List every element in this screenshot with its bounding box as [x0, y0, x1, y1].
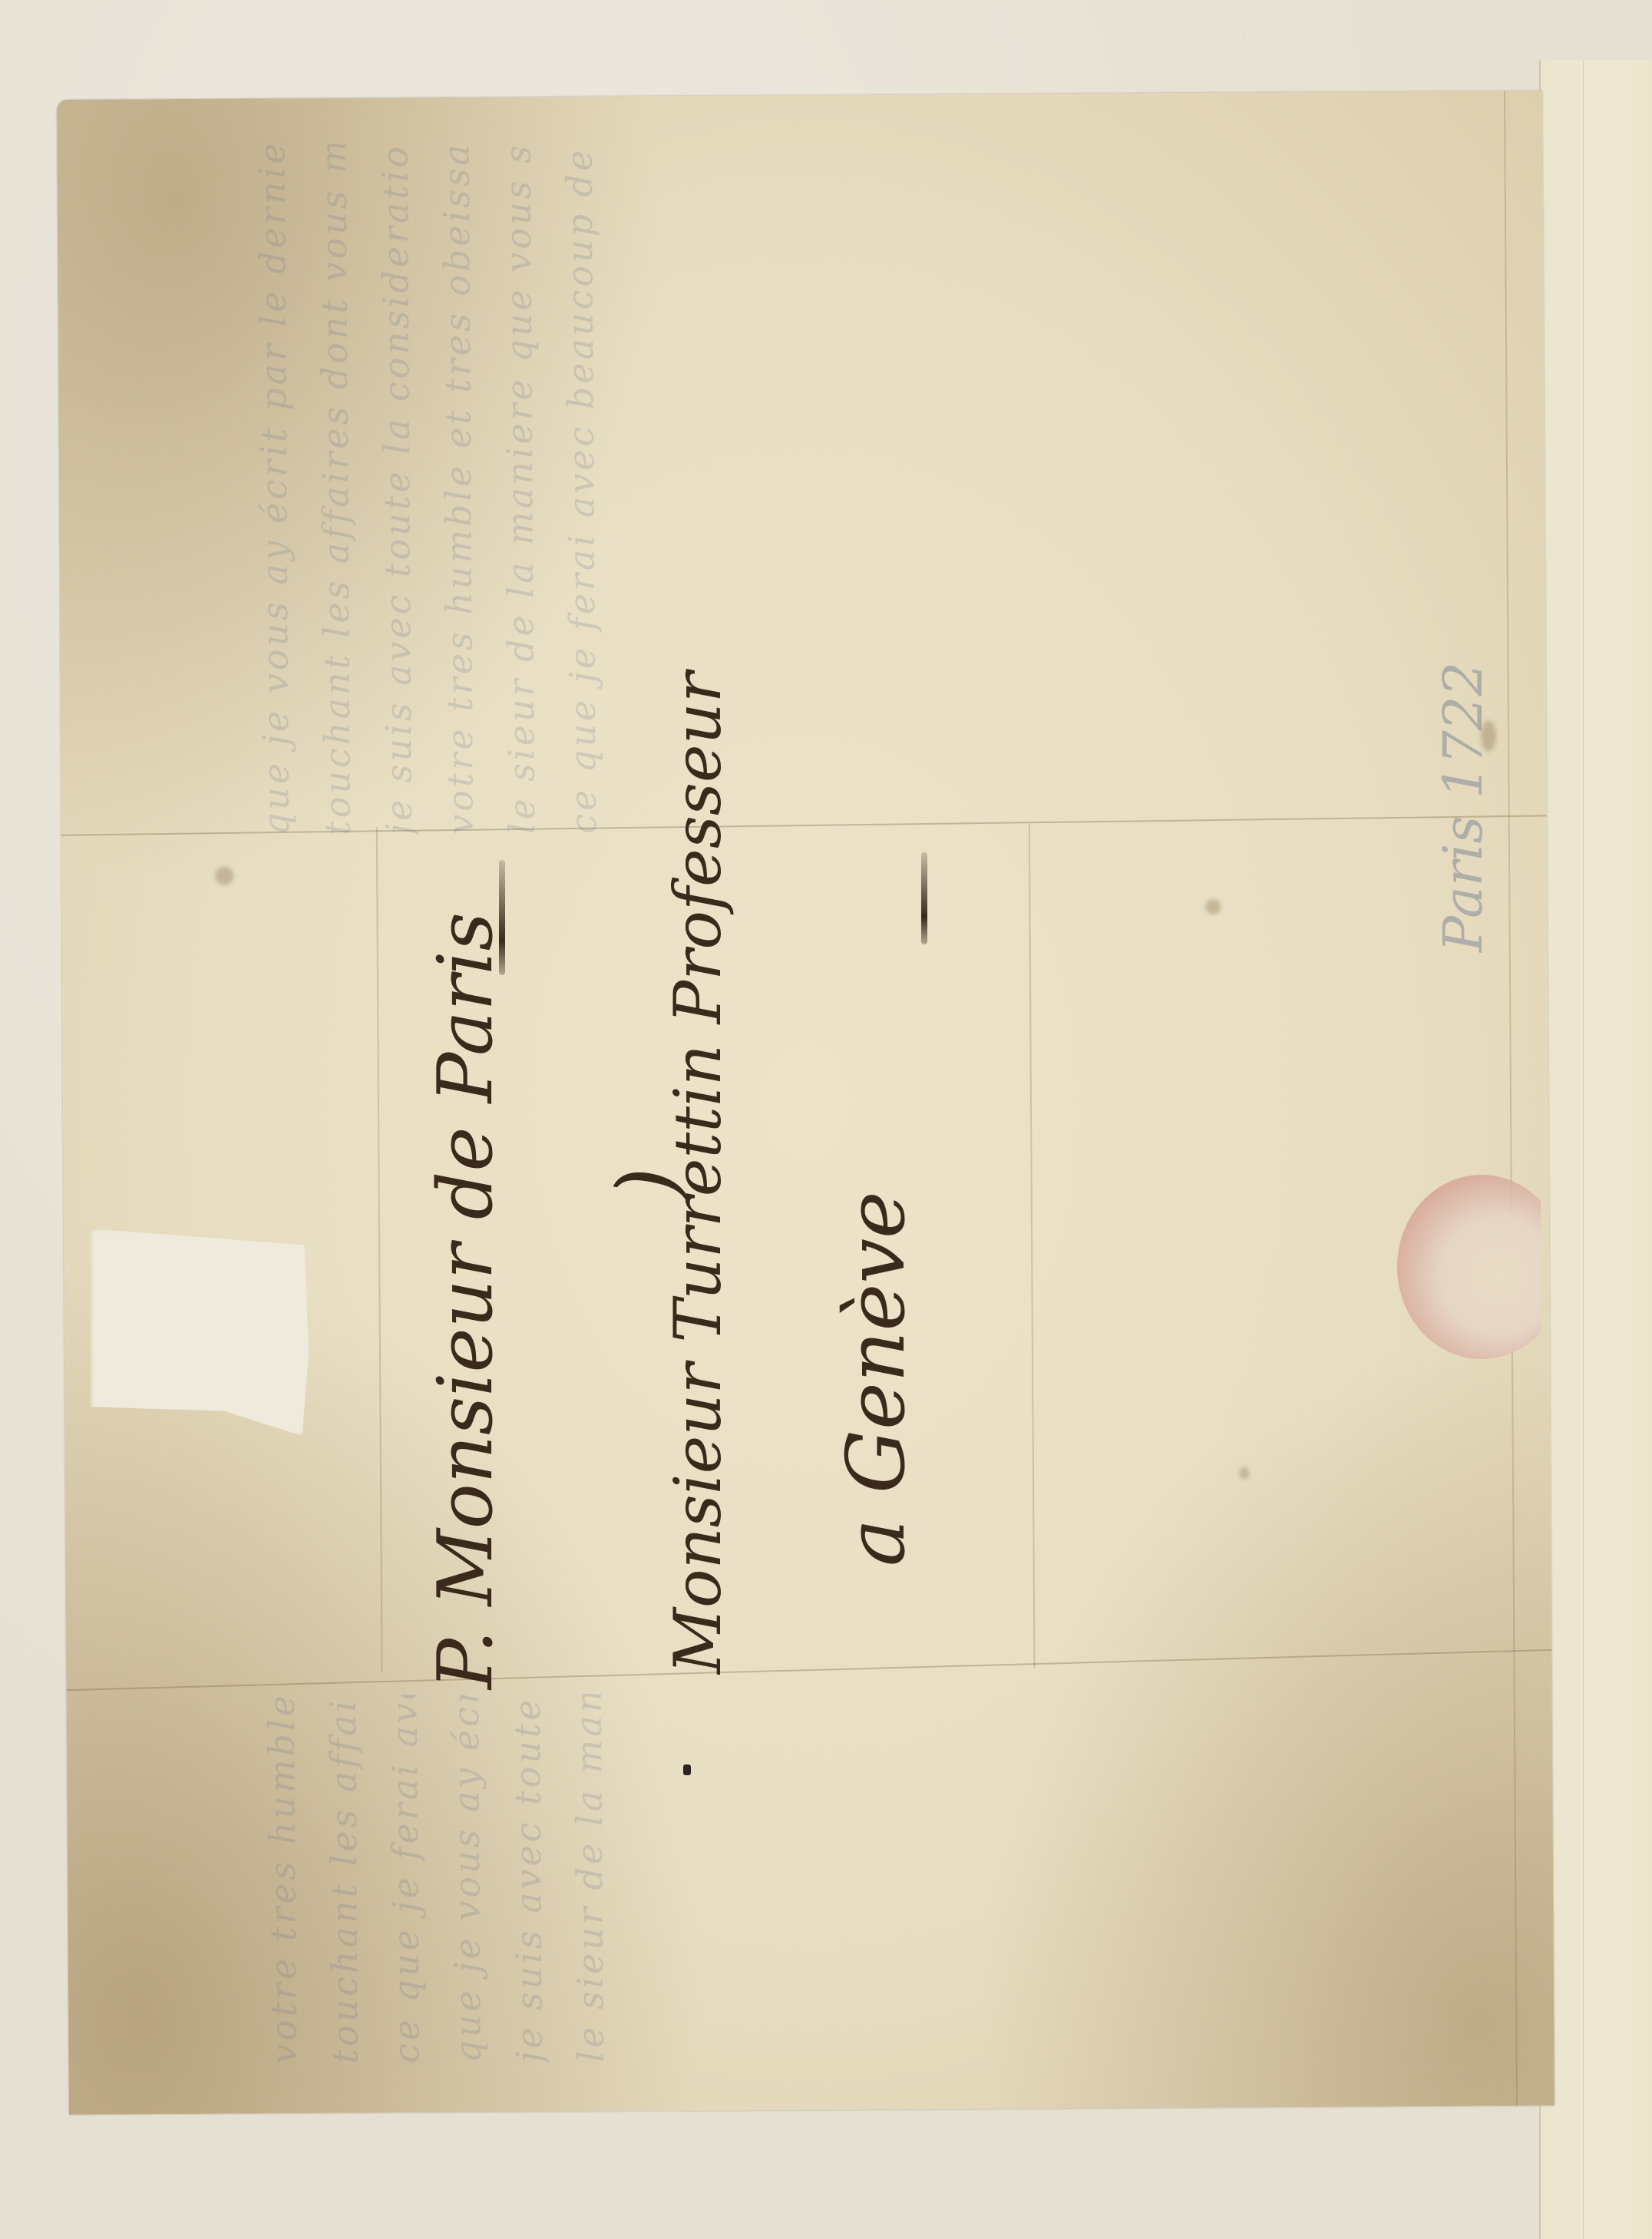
stain-spot	[215, 867, 233, 885]
binding-guard-strip	[1539, 60, 1652, 2239]
stain-spot	[1240, 1467, 1249, 1480]
address-line-3: a Genève	[829, 1029, 923, 1566]
paper-repair-patch	[91, 1229, 313, 1436]
brace-mark: )	[599, 1167, 697, 1200]
stain-spot	[1205, 899, 1221, 914]
ink-flourish-line-3	[921, 852, 927, 944]
bleed-through-text-lower: votre tres humble et tres obeissant serv…	[251, 1688, 1443, 2064]
ink-dot	[683, 1764, 691, 1775]
address-block: P. Monsieur de Paris Monsieur Turrettin …	[368, 845, 1059, 1689]
fold-line-far-right	[1504, 91, 1518, 2105]
address-line-2: Monsieur Turrettin Professeur	[660, 845, 735, 1674]
address-line-1: P. Monsieur de Paris	[422, 891, 510, 1689]
pencil-archival-annotation: Paris 1722	[1432, 568, 1495, 952]
bleed-through-text: que je vous ay écrit par le dernier ordi…	[241, 137, 1435, 835]
ink-flourish-line-1	[499, 860, 505, 975]
